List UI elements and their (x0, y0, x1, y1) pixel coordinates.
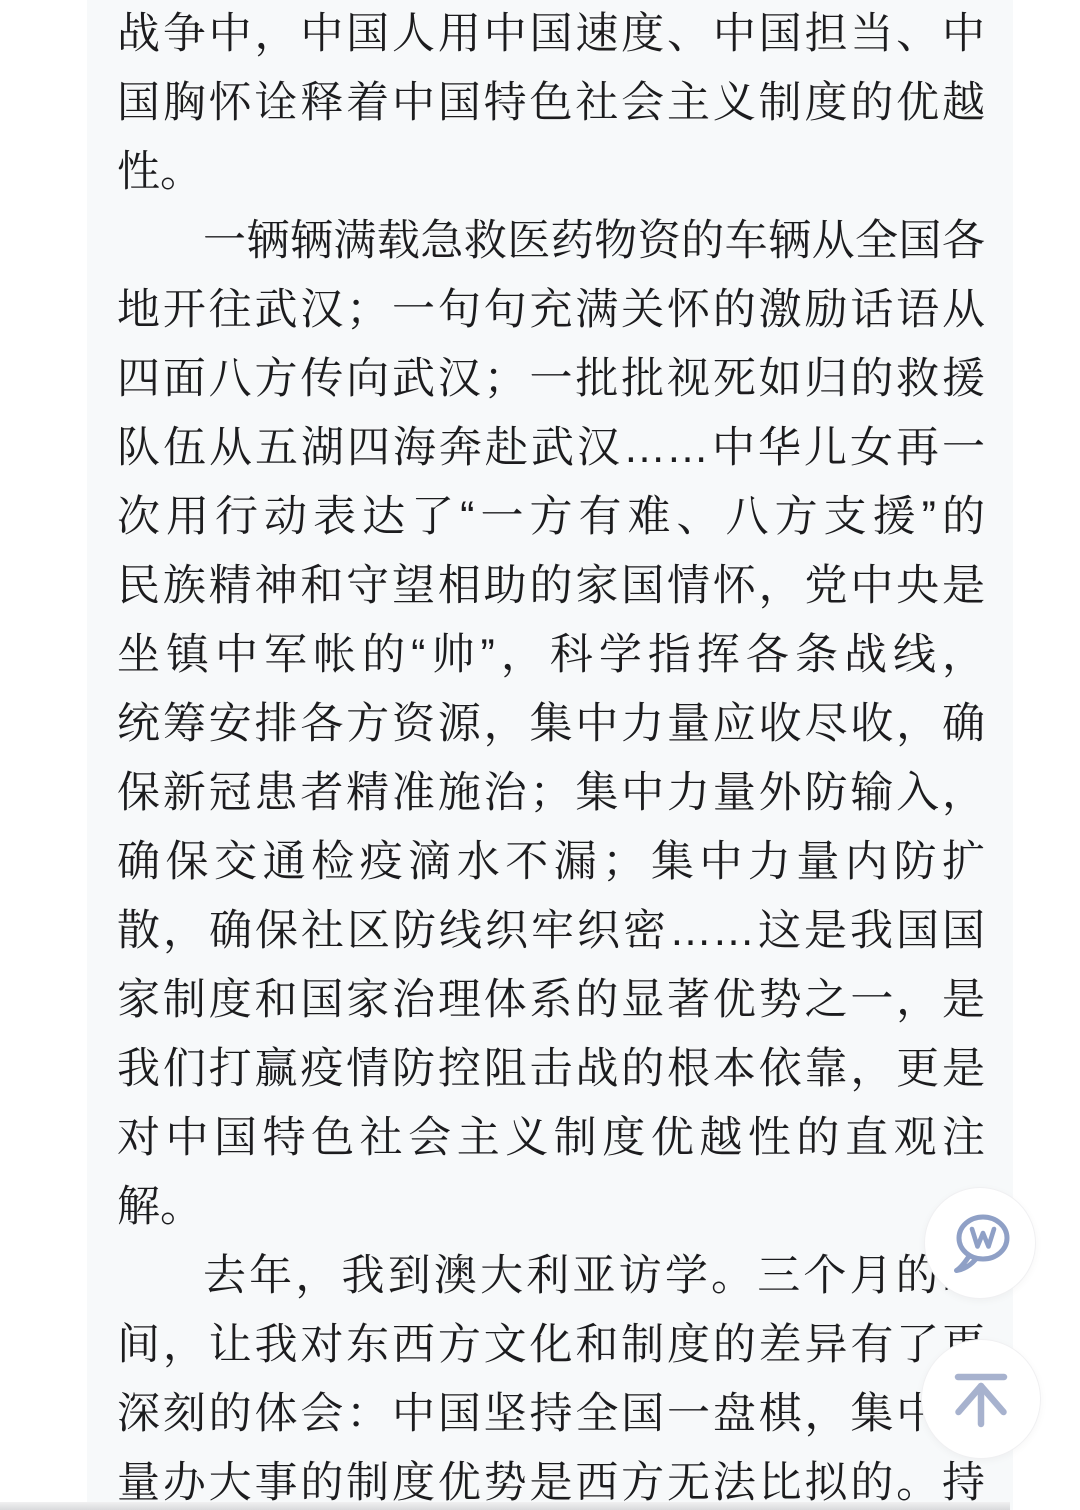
text-line: 解。 (117, 1173, 985, 1242)
text-line: 四面八方传向武汉；一批批视死如归的救援 (117, 345, 985, 414)
text-line: 次用行动表达了“一方有难、八方支援”的 (117, 483, 985, 552)
article-background: 战争中，中国人用中国速度、中国担当、中国胸怀诠释着中国特色社会主义制度的优越性。… (87, 0, 1013, 1510)
bottom-divider (0, 1502, 1010, 1510)
back-to-top-button[interactable] (921, 1339, 1041, 1459)
text-line: 对中国特色社会主义制度优越性的直观注 (117, 1104, 985, 1173)
text-line: 家制度和国家治理体系的显著优势之一，是 (117, 966, 985, 1035)
arrow-up-to-top-icon (951, 1369, 1011, 1429)
text-line: 间，让我对东西方文化和制度的差异有了更 (117, 1311, 985, 1380)
text-line: 性。 (117, 138, 985, 207)
text-line: 量办大事的制度优势是西方无法比拟的。持 (117, 1449, 985, 1510)
text-line: 战争中，中国人用中国速度、中国担当、中 (117, 0, 985, 69)
text-line: 队伍从五湖四海奔赴武汉……中华儿女再一 (117, 414, 985, 483)
article-text: 战争中，中国人用中国速度、中国担当、中国胸怀诠释着中国特色社会主义制度的优越性。… (117, 0, 985, 1510)
text-line: 确保交通检疫滴水不漏；集中力量内防扩 (117, 828, 985, 897)
text-line: 去年，我到澳大利亚访学。三个月的时 (117, 1242, 985, 1311)
text-line: 民族精神和守望相助的家国情怀，党中央是 (117, 552, 985, 621)
text-line: 散，确保社区防线织牢织密……这是我国国 (117, 897, 985, 966)
text-line: 统筹安排各方资源，集中力量应收尽收，确 (117, 690, 985, 759)
text-line: 国胸怀诠释着中国特色社会主义制度的优越 (117, 69, 985, 138)
text-line: 保新冠患者精准施治；集中力量外防输入， (117, 759, 985, 828)
w-speech-bubble-icon (947, 1212, 1013, 1274)
comment-button[interactable] (924, 1187, 1036, 1299)
text-line: 一辆辆满载急救医药物资的车辆从全国各 (117, 207, 985, 276)
text-line: 地开往武汉；一句句充满关怀的激励话语从 (117, 276, 985, 345)
text-line: 我们打赢疫情防控阻击战的根本依靠，更是 (117, 1035, 985, 1104)
text-line: 深刻的体会：中国坚持全国一盘棋，集中力 (117, 1380, 985, 1449)
text-line: 坐镇中军帐的“帅”，科学指挥各条战线， (117, 621, 985, 690)
